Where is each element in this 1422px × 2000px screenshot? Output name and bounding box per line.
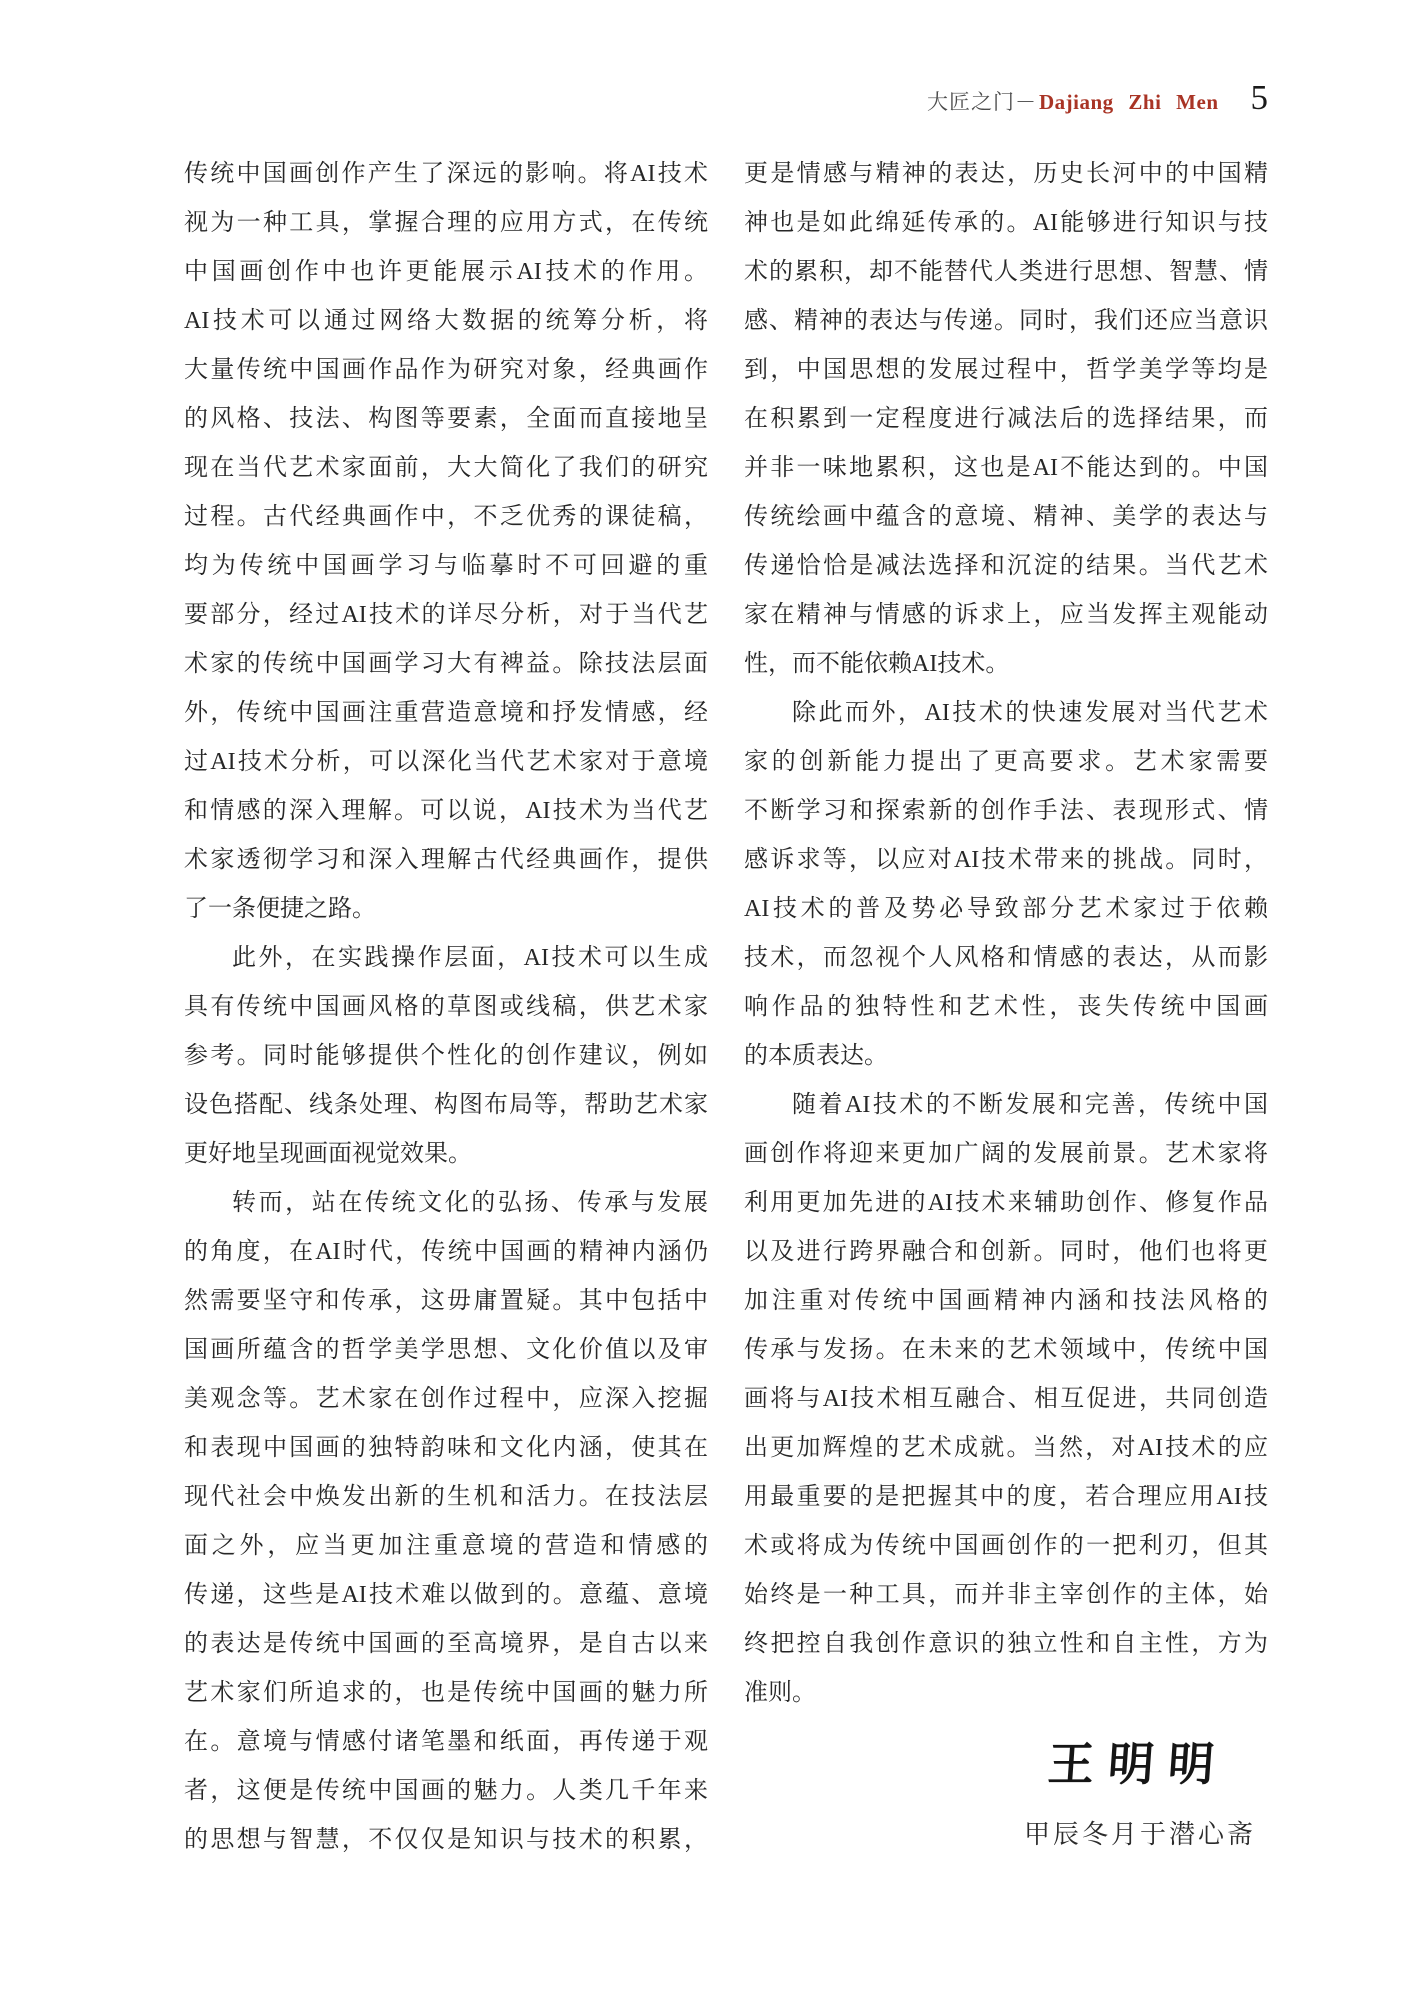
text-line: 然需要坚守和传承，这毋庸置疑。其中包括中	[184, 1277, 708, 1326]
text-line: 的风格、技法、构图等要素，全面而直接地呈	[184, 395, 708, 444]
text-line: 在积累到一定程度进行减法后的选择结果，而	[744, 395, 1268, 444]
text-line: 术家的传统中国画学习大有裨益。除技法层面	[184, 640, 708, 689]
text-line: 在。意境与情感付诸笔墨和纸面，再传递于观	[184, 1718, 708, 1767]
text-line: 的思想与智慧，不仅仅是知识与技术的积累，	[184, 1816, 708, 1865]
text-line: 随着AI技术的不断发展和完善，传统中国	[744, 1081, 1268, 1130]
text-line: 美观念等。艺术家在创作过程中，应深入挖掘	[184, 1375, 708, 1424]
text-line: 和情感的深入理解。可以说，AI技术为当代艺	[184, 787, 708, 836]
column-right: 更是情感与精神的表达，历史长河中的中国精神也是如此绵延传承的。AI能够进行知识与…	[744, 150, 1268, 1865]
text-line: 画创作将迎来更加广阔的发展前景。艺术家将	[744, 1130, 1268, 1179]
text-line: 出更加辉煌的艺术成就。当然，对AI技术的应	[744, 1424, 1268, 1473]
signature-date: 甲辰冬月于潜心斋	[744, 1819, 1268, 1850]
text-line: 中国画创作中也许更能展示AI技术的作用。	[184, 248, 708, 297]
text-line: 利用更加先进的AI技术来辅助创作、修复作品	[744, 1179, 1268, 1228]
text-line: 的本质表达。	[744, 1032, 1268, 1081]
text-line: 大量传统中国画作品作为研究对象，经典画作	[184, 346, 708, 395]
text-line: 传承与发扬。在未来的艺术领域中，传统中国	[744, 1326, 1268, 1375]
header-title-cn: 大匠之门－	[927, 86, 1037, 116]
page-header: 大匠之门－ Dajiang Zhi Men 5	[927, 78, 1268, 118]
text-line: 要部分，经过AI技术的详尽分析，对于当代艺	[184, 591, 708, 640]
text-line: 面之外，应当更加注重意境的营造和情感的	[184, 1522, 708, 1571]
article-body: 传统中国画创作产生了深远的影响。将AI技术视为一种工具，掌握合理的应用方式，在传…	[184, 150, 1268, 1865]
text-line: 过程。古代经典画作中，不乏优秀的课徒稿，	[184, 493, 708, 542]
text-line: 现代社会中焕发出新的生机和活力。在技法层	[184, 1473, 708, 1522]
text-line: 术家透彻学习和深入理解古代经典画作，提供	[184, 836, 708, 885]
text-line: 了一条便捷之路。	[184, 885, 708, 934]
text-line: 家在精神与情感的诉求上，应当发挥主观能动	[744, 591, 1268, 640]
text-line: 术或将成为传统中国画创作的一把利刃，但其	[744, 1522, 1268, 1571]
text-line: 更是情感与精神的表达，历史长河中的中国精	[744, 150, 1268, 199]
text-line: 艺术家们所追求的，也是传统中国画的魅力所	[184, 1669, 708, 1718]
text-line: 用最重要的是把握其中的度，若合理应用AI技	[744, 1473, 1268, 1522]
page-number: 5	[1251, 78, 1269, 118]
text-line: 外，传统中国画注重营造意境和抒发情感，经	[184, 689, 708, 738]
text-line: 到，中国思想的发展过程中，哲学美学等均是	[744, 346, 1268, 395]
text-line: 神也是如此绵延传承的。AI能够进行知识与技	[744, 199, 1268, 248]
magazine-page: 大匠之门－ Dajiang Zhi Men 5 传统中国画创作产生了深远的影响。…	[0, 0, 1422, 2000]
column-left-lines: 传统中国画创作产生了深远的影响。将AI技术视为一种工具，掌握合理的应用方式，在传…	[184, 150, 708, 1865]
text-line: 者，这便是传统中国画的魅力。人类几千年来	[184, 1767, 708, 1816]
text-line: 转而，站在传统文化的弘扬、传承与发展	[184, 1179, 708, 1228]
text-line: 准则。	[744, 1669, 1268, 1718]
text-line: 过AI技术分析，可以深化当代艺术家对于意境	[184, 738, 708, 787]
text-line: 传递恰恰是减法选择和沉淀的结果。当代艺术	[744, 542, 1268, 591]
text-line: 除此而外，AI技术的快速发展对当代艺术	[744, 689, 1268, 738]
text-line: AI技术可以通过网络大数据的统筹分析，将	[184, 297, 708, 346]
column-left: 传统中国画创作产生了深远的影响。将AI技术视为一种工具，掌握合理的应用方式，在传…	[184, 150, 708, 1865]
text-line: 不断学习和探索新的创作手法、表现形式、情	[744, 787, 1268, 836]
text-line: 术的累积，却不能替代人类进行思想、智慧、情	[744, 248, 1268, 297]
signature-block: 王明明 甲辰冬月于潜心斋	[744, 1740, 1268, 1850]
text-line: 具有传统中国画风格的草图或线稿，供艺术家	[184, 983, 708, 1032]
text-line: 加注重对传统中国画精神内涵和技法风格的	[744, 1277, 1268, 1326]
text-line: 参考。同时能够提供个性化的创作建议，例如	[184, 1032, 708, 1081]
text-line: 传统中国画创作产生了深远的影响。将AI技术	[184, 150, 708, 199]
header-title-en: Dajiang Zhi Men	[1039, 90, 1219, 115]
text-line: 以及进行跨界融合和创新。同时，他们也将更	[744, 1228, 1268, 1277]
text-line: 的角度，在AI时代，传统中国画的精神内涵仍	[184, 1228, 708, 1277]
column-right-lines: 更是情感与精神的表达，历史长河中的中国精神也是如此绵延传承的。AI能够进行知识与…	[744, 150, 1268, 1718]
text-line: 画将与AI技术相互融合、相互促进，共同创造	[744, 1375, 1268, 1424]
text-line: 均为传统中国画学习与临摹时不可回避的重	[184, 542, 708, 591]
text-line: AI技术的普及势必导致部分艺术家过于依赖	[744, 885, 1268, 934]
text-line: 并非一味地累积，这也是AI不能达到的。中国	[744, 444, 1268, 493]
text-line: 的表达是传统中国画的至高境界，是自古以来	[184, 1620, 708, 1669]
text-line: 和表现中国画的独特韵味和文化内涵，使其在	[184, 1424, 708, 1473]
text-line: 传递，这些是AI技术难以做到的。意蕴、意境	[184, 1571, 708, 1620]
text-line: 现在当代艺术家面前，大大简化了我们的研究	[184, 444, 708, 493]
text-line: 更好地呈现画面视觉效果。	[184, 1130, 708, 1179]
text-line: 响作品的独特性和艺术性，丧失传统中国画	[744, 983, 1268, 1032]
text-line: 性，而不能依赖AI技术。	[744, 640, 1268, 689]
text-line: 终把控自我创作意识的独立性和自主性，方为	[744, 1620, 1268, 1669]
text-line: 设色搭配、线条处理、构图布局等，帮助艺术家	[184, 1081, 708, 1130]
text-line: 此外，在实践操作层面，AI技术可以生成	[184, 934, 708, 983]
text-line: 始终是一种工具，而并非主宰创作的主体，始	[744, 1571, 1268, 1620]
text-line: 技术，而忽视个人风格和情感的表达，从而影	[744, 934, 1268, 983]
text-line: 感诉求等，以应对AI技术带来的挑战。同时，	[744, 836, 1268, 885]
text-line: 视为一种工具，掌握合理的应用方式，在传统	[184, 199, 708, 248]
signature-name: 王明明	[742, 1740, 1270, 1791]
text-line: 感、精神的表达与传递。同时，我们还应当意识	[744, 297, 1268, 346]
text-line: 家的创新能力提出了更高要求。艺术家需要	[744, 738, 1268, 787]
text-line: 传统绘画中蕴含的意境、精神、美学的表达与	[744, 493, 1268, 542]
text-line: 国画所蕴含的哲学美学思想、文化价值以及审	[184, 1326, 708, 1375]
